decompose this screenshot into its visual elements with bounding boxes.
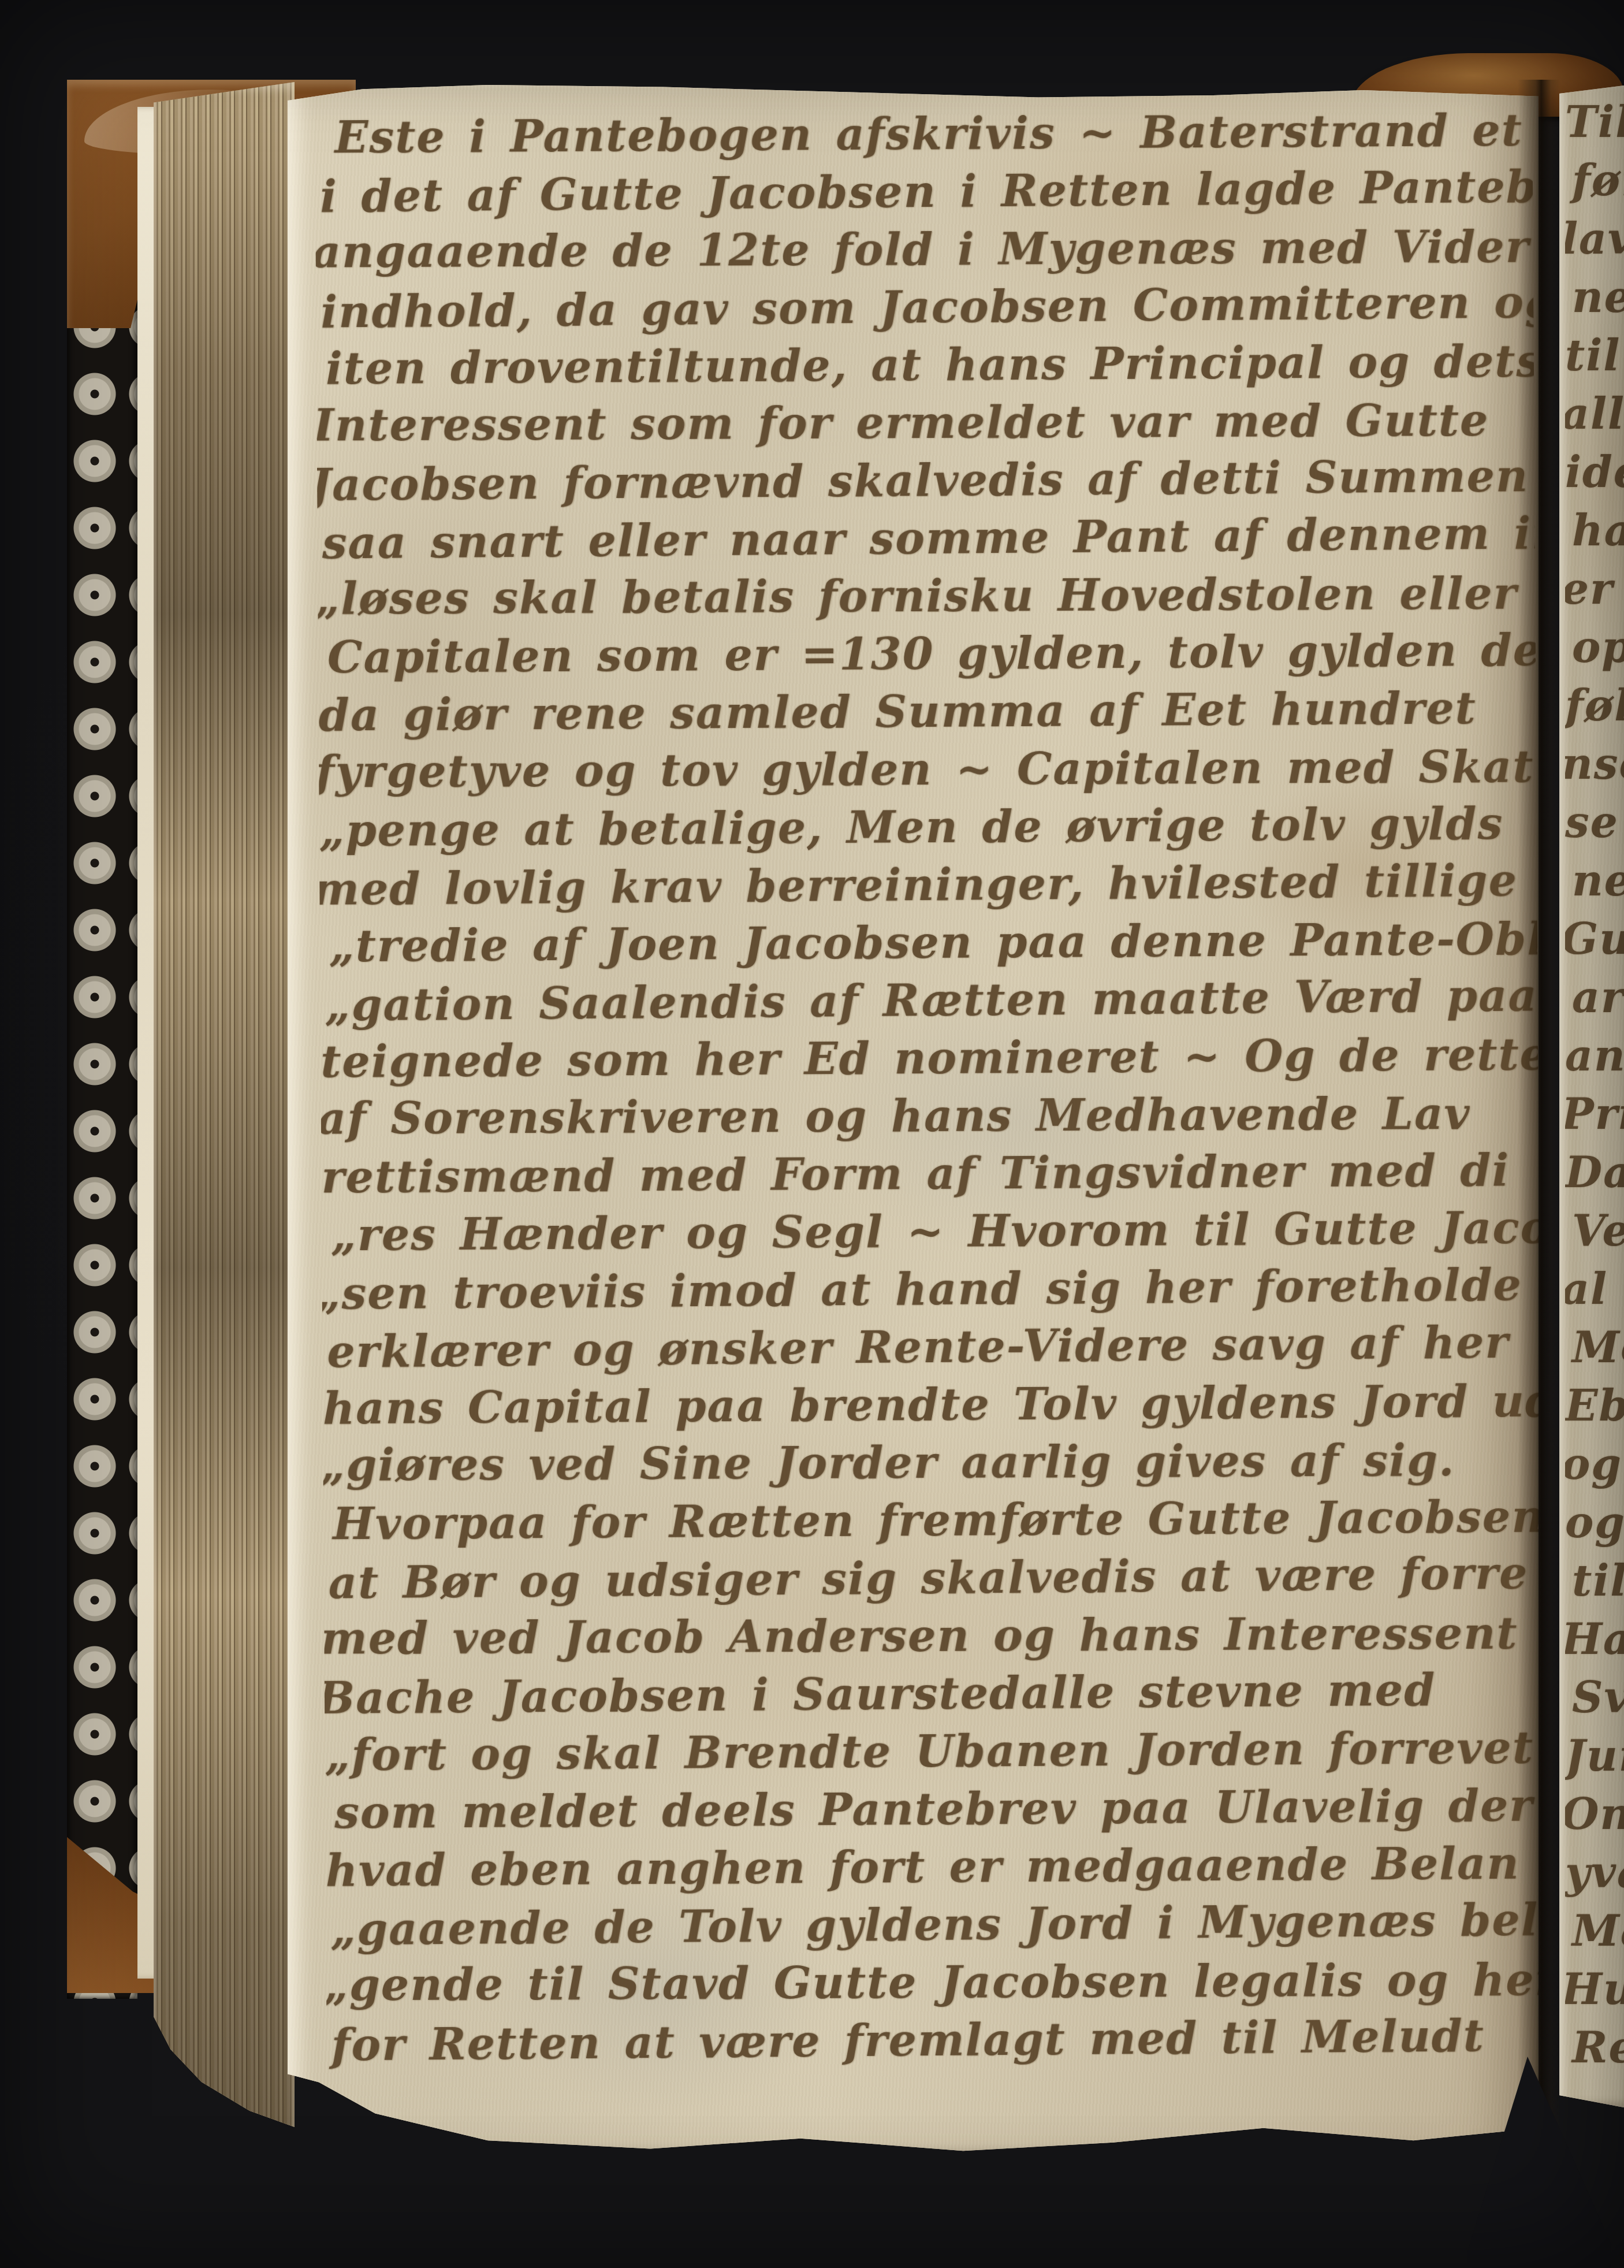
manuscript-line: „penge at betalige, Men de øvrige tolv g… [319,795,1537,860]
fore-edge-page-block [154,82,295,2127]
manuscript-line-fragment: Vetrum [1572,1202,1624,1261]
manuscript-line-fragment: Havrl [1565,1611,1624,1669]
manuscript-line: angaaende de 12te fold i Mygenæs med Vid… [315,218,1530,281]
manuscript-line: Jacobsen fornævnd skalvedis af detti Sum… [315,447,1528,514]
manuscript-line: Interessent som for ermeldet var med Gut… [315,391,1531,454]
manuscript-line: „giøres ved Sine Jorder aarlig gives af … [319,1431,1537,1494]
manuscript-line-fragment: Ma [1572,1902,1624,1961]
manuscript-line: iten droventiltunde, at hans Principal o… [326,332,1544,397]
manuscript-line: „res Hænder og Segl ~ Hvorom til Gutte J… [331,1199,1545,1264]
marbled-cover-board [67,92,137,1999]
manuscript-line-fragment: Mons [1572,1319,1624,1377]
manuscript-line-fragment: Hun [1565,1961,1624,2019]
manuscript-line-fragment: Gutte [1565,910,1624,969]
manuscript-line-fragment: Dag S [1565,1144,1624,1202]
manuscript-line: erklærer og ønsker Rente-Videre savg af … [327,1313,1545,1381]
manuscript-line-fragment: Onn n [1565,1786,1624,1844]
manuscript-line-fragment: nser J [1565,735,1624,794]
manuscript-line: for Retten at være fremlagt med til Melu… [331,2006,1545,2074]
manuscript-line: „gaaende de Tolv gyldens Jord i Mygenæs … [330,1891,1545,1958]
manuscript-line: „sen troeviis imod at hand sig her foret… [315,1256,1533,1323]
manuscript-line-fragment: Tilbud [1565,94,1624,152]
manuscript-line: hans Capital paa brendte Tolv gyldens Jo… [323,1373,1541,1438]
manuscript-line: fyrgetyve og tov gylden ~ Capitalen med … [315,738,1533,801]
manuscript-line-fragment: yvag [1565,1844,1624,1902]
manuscript-line: „løses skal betalis fornisku Hovedstolen… [315,564,1532,627]
manuscript-line: hvad eben anghen fort er medgaaende Bela… [325,1835,1543,1900]
manuscript-line: i det af Gutte Jacobsen i Retten lagde P… [320,158,1538,225]
manuscript-line-fragment: anneu [1565,1027,1624,1085]
manuscript-line: af Sorenskriveren og hans Medhavende Lav [318,1084,1535,1147]
manuscript-line: med ved Jacob Andersen og hans Interesse… [321,1604,1538,1667]
manuscript-line: at Bør og udsiger sig skalvedis at være … [328,1544,1544,1612]
left-manuscript-page: Este i Pantebogen afskrivis ~ Baterstran… [288,80,1539,2157]
manuscript-line-fragment: Jun n [1565,1727,1624,1786]
manuscript-line: „fort og skal Brendte Ubanen Jorden forr… [325,1719,1543,1784]
manuscript-line-fragment: og Gr [1565,1436,1624,1494]
right-facing-page-sliver: Tilbudførdtlavnedened ogtil 94allereiden… [1559,85,1624,2107]
manuscript-line-fragment: opterne [1572,619,1624,677]
manuscript-line-fragment: iden a [1565,444,1624,502]
manuscript-line-fragment: Svale [1572,1669,1624,1727]
manuscript-line-fragment: er to [1565,560,1624,619]
manuscript-line: saa snart eller naar somme Pant af denne… [322,504,1540,572]
gutter-shadow [1518,80,1560,2154]
handwritten-text-block: Este i Pantebogen afskrivis ~ Baterstran… [315,102,1545,2161]
manuscript-line-fragment: Ret [1572,2019,1624,2077]
manuscript-line-fragment: til 94 [1565,327,1624,385]
manuscript-line-fragment: ned og [1572,269,1624,327]
manuscript-line: med lovlig krav berreininger, hvilested … [315,852,1530,919]
manuscript-line: Bache Jacobsen i Saurstedalle stevne med [318,1660,1536,1727]
manuscript-line-fragment: til Rn [1572,1552,1624,1611]
manuscript-line: indhold, da gav som Jacobsen Committeren… [321,273,1539,341]
manuscript-line-fragment: allere [1565,385,1624,444]
manuscript-line: Este i Pantebogen afskrivis ~ Baterstran… [334,102,1533,167]
manuscript-line: Hvorpaa for Rætten fremførte Gutte Jacob… [333,1488,1545,1553]
manuscript-line: „tredie af Joen Jacobsen paa denne Pante… [329,910,1545,975]
manuscript-line: „gation Saalendis af Rætten maatte Værd … [325,966,1543,1034]
manuscript-line-fragment: følge n [1565,677,1624,735]
manuscript-line-fragment: se af [1565,794,1624,852]
manuscript-photo: Este i Pantebogen afskrivis ~ Baterstran… [0,0,1624,2268]
manuscript-line: teignede som her Ed nomineret ~ Og de re… [321,1026,1539,1091]
manuscript-line-fragment: Ebenn [1565,1377,1624,1436]
manuscript-line: Capitalen som er =130 gylden, tolv gylde… [327,621,1545,686]
right-page-text-fragments: Tilbudførdtlavnedened ogtil 94allereiden… [1565,94,1624,2107]
manuscript-line-fragment: og opl [1565,1494,1624,1552]
manuscript-line-fragment: førdt [1572,152,1624,210]
manuscript-line: rettismænd med Form af Tingsvidner med d… [321,1142,1539,1207]
manuscript-line-fragment: Prinde [1565,1085,1624,1144]
manuscript-line: „gende til Stavd Gutte Jacobsen legalis … [323,1951,1540,2014]
manuscript-line-fragment: aren [1572,969,1624,1027]
manuscript-line-fragment: hann v [1572,502,1624,560]
manuscript-line-fragment: lavnede [1565,210,1624,269]
manuscript-line: som meldet deels Pantebrev paa Ulavelig … [334,1776,1545,1842]
manuscript-line-fragment: al Ub [1565,1261,1624,1319]
manuscript-line-fragment: ned J [1572,852,1624,910]
manuscript-line: da giør rene samled Summa af Eet hundret [318,679,1536,745]
